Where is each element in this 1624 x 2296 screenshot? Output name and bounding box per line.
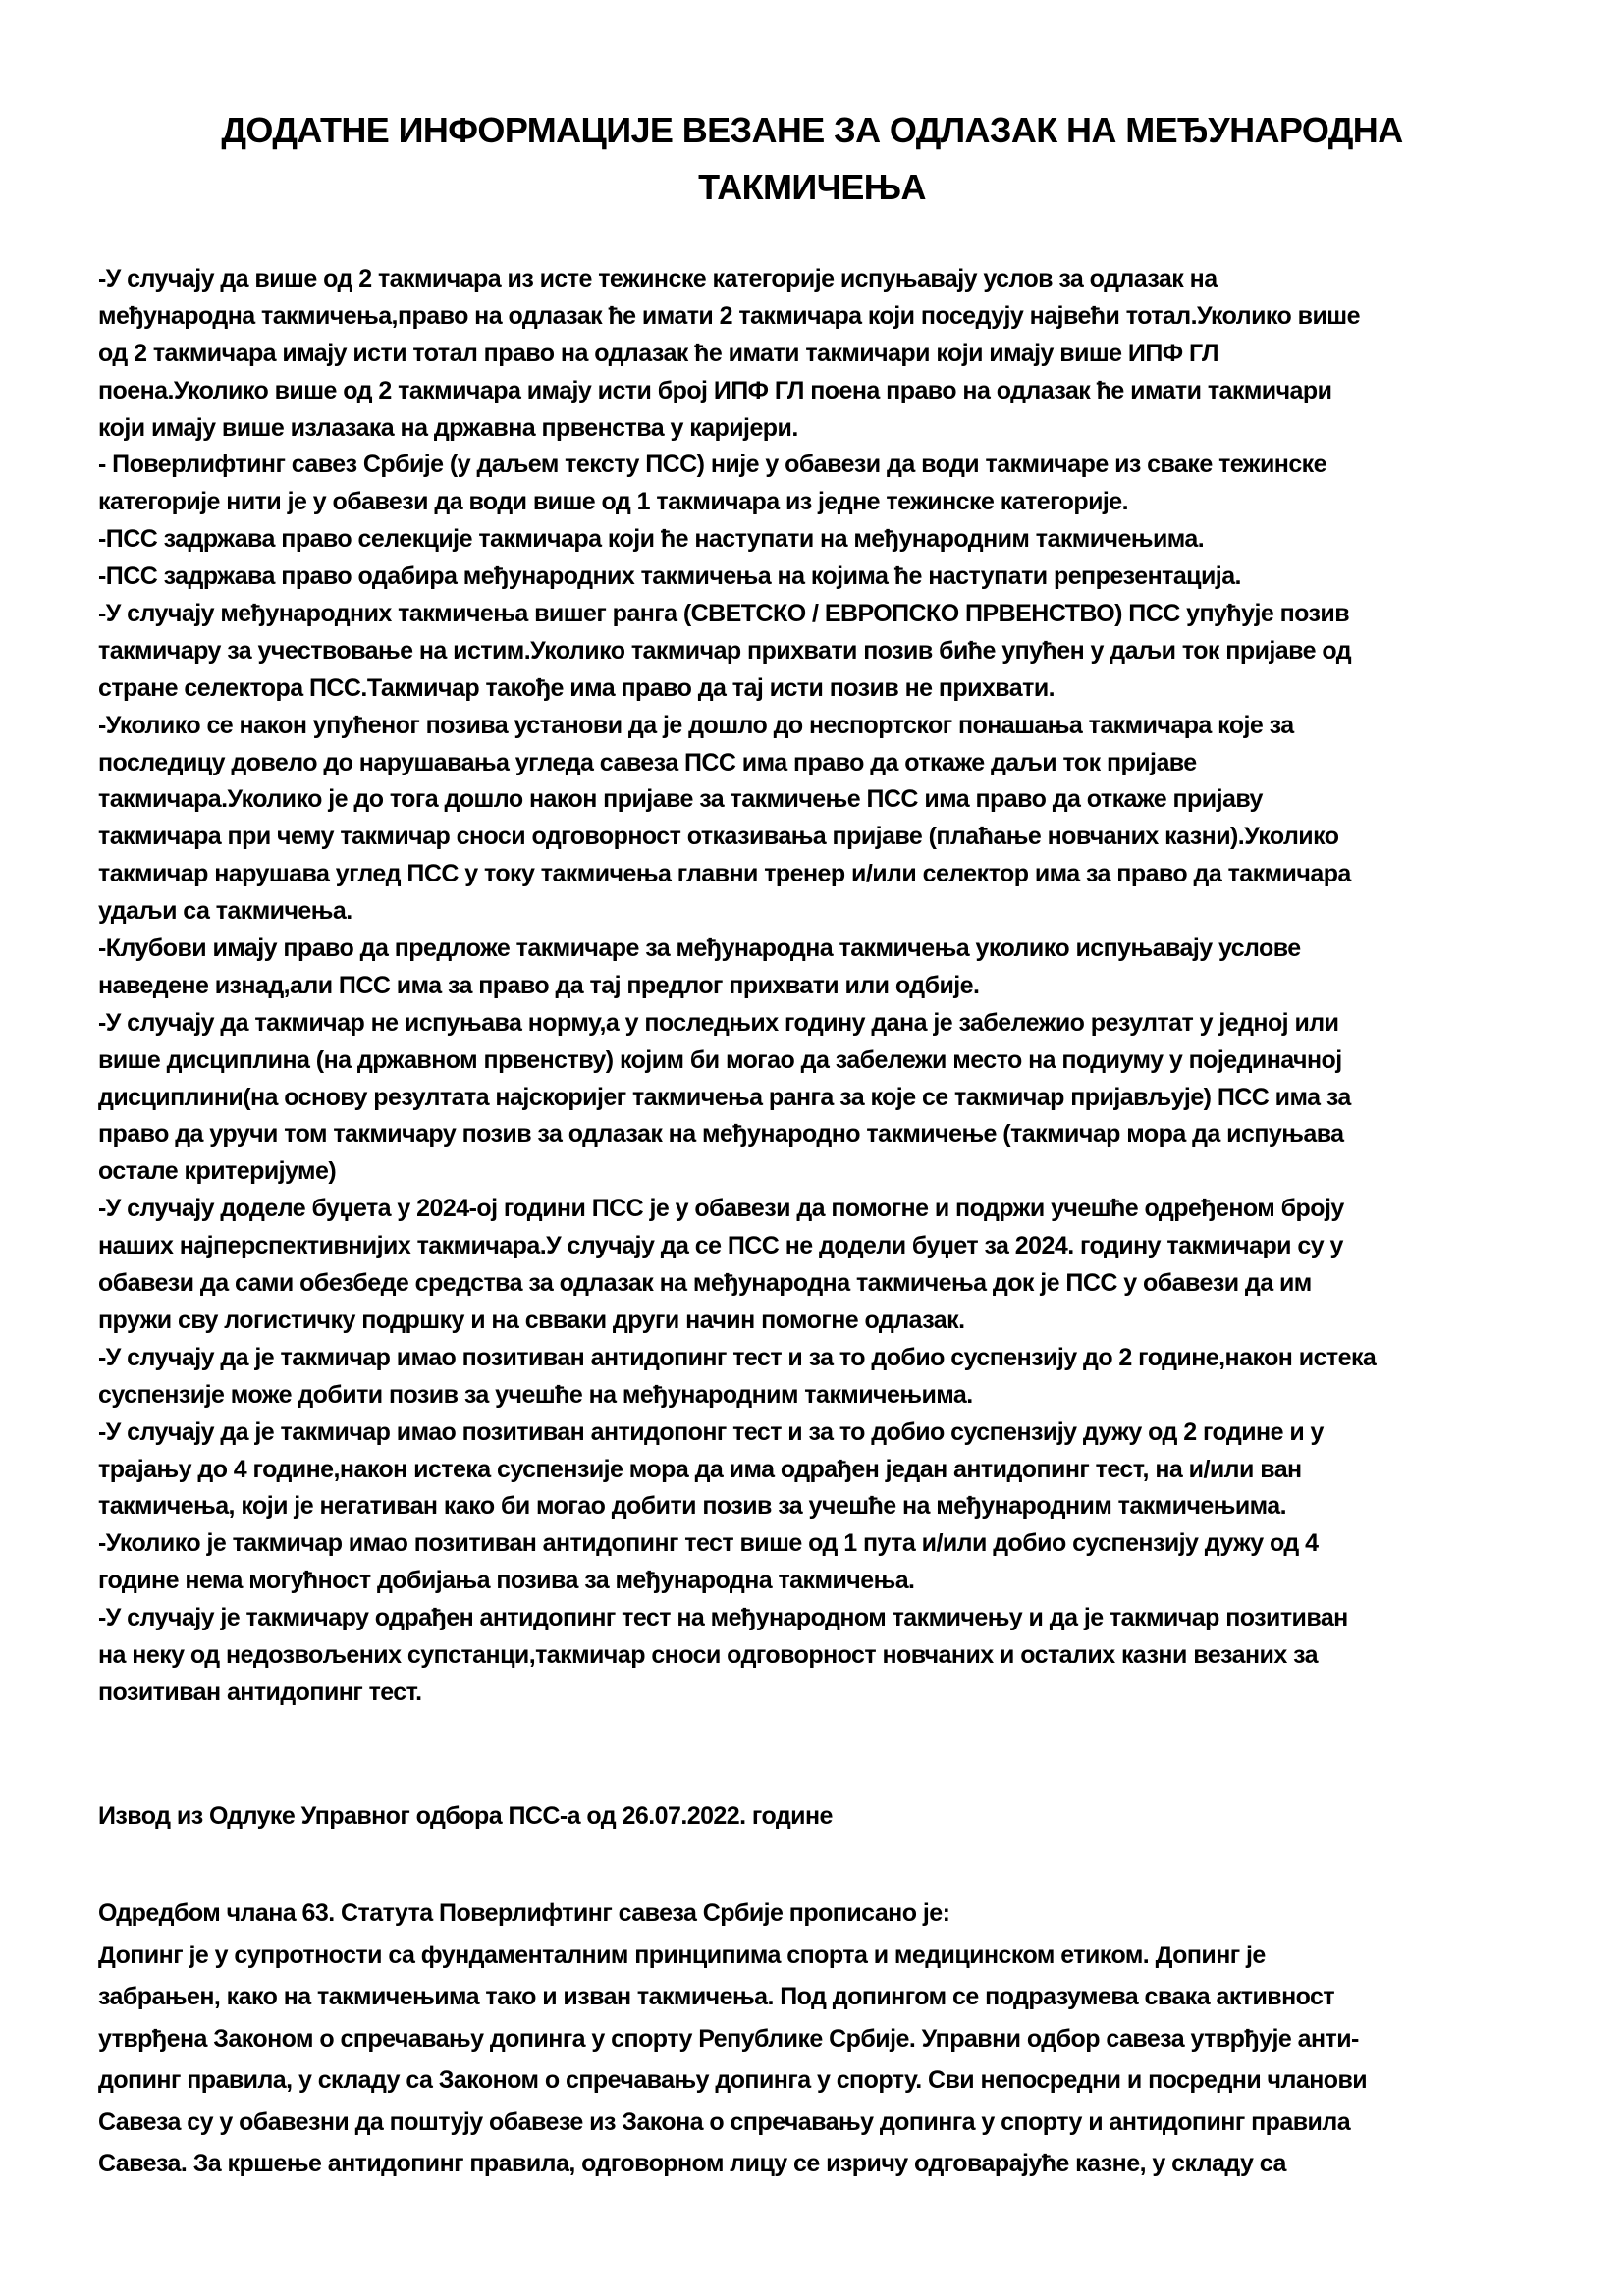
- rule-text-line: на неку од недозвољених супстанци,такмич…: [98, 1637, 1551, 1675]
- statute-text-line: забрањен, како на такмичењима тако и изв…: [98, 1976, 1551, 2018]
- statute-text-line: допинг правила, у складу са Законом о сп…: [98, 2059, 1551, 2102]
- rule-text-line: наших најперспективнијих такмичара.У слу…: [98, 1228, 1551, 1265]
- statute-text-line: Савеза. За кршење антидопинг правила, од…: [98, 2143, 1551, 2185]
- rule-text-line: -У случају да је такмичар имао позитиван…: [98, 1340, 1551, 1377]
- rule-text-line: -Уколико се након упућеног позива устано…: [98, 708, 1551, 745]
- rule-text-line: суспензије може добити позив за учешће н…: [98, 1377, 1551, 1415]
- rule-text-line: остале критеријуме): [98, 1153, 1551, 1191]
- rule-text-line: који имају више излазака на државна прве…: [98, 410, 1551, 448]
- rule-text-line: -ПСС задржава право одабира међународних…: [98, 559, 1551, 596]
- document-page: ДОДАТНЕ ИНФОРМАЦИЈЕ ВЕЗАНЕ ЗА ОДЛАЗАК НА…: [0, 0, 1624, 2296]
- rule-text-line: -Уколико је такмичар имао позитиван анти…: [98, 1525, 1551, 1563]
- rule-text-line: последицу довело до нарушавања угледа са…: [98, 745, 1551, 782]
- document-title: ДОДАТНЕ ИНФОРМАЦИЈЕ ВЕЗАНЕ ЗА ОДЛАЗАК НА…: [118, 102, 1506, 216]
- rule-text-line: од 2 такмичара имају исти тотал право на…: [98, 336, 1551, 373]
- rule-text-line: право да уручи том такмичару позив за од…: [98, 1116, 1551, 1153]
- rule-text-line: такмичења, који је негативан како би мог…: [98, 1488, 1551, 1525]
- rule-text-line: такмичару за учествовање на истим.Уколик…: [98, 633, 1551, 670]
- rule-text-line: -У случају да више од 2 такмичара из ист…: [98, 261, 1551, 298]
- rule-text-line: -У случају да такмичар не испуњава норму…: [98, 1005, 1551, 1042]
- rule-text-line: више дисциплина (на државном првенству) …: [98, 1042, 1551, 1080]
- rule-text-line: категорије нити је у обавези да води виш…: [98, 484, 1551, 521]
- statute-section: Одредбом члана 63. Статута Поверлифтинг …: [98, 1893, 1551, 2185]
- rule-text-line: такмичара.Уколико је до тога дошло након…: [98, 781, 1551, 819]
- rule-text-line: трајању до 4 године,након истека суспенз…: [98, 1452, 1551, 1489]
- rule-text-line: -У случају доделе буџета у 2024-ој годин…: [98, 1191, 1551, 1228]
- rule-text-line: удаљи са такмичења.: [98, 893, 1551, 931]
- extract-heading: Извод из Одлуке Управног одбора ПСС-а од…: [98, 1798, 833, 1834]
- statute-text-line: Одредбом члана 63. Статута Поверлифтинг …: [98, 1893, 1551, 1935]
- rule-text-line: обавези да сами обезбеде средства за одл…: [98, 1265, 1551, 1303]
- rule-text-line: -Клубови имају право да предложе такмича…: [98, 931, 1551, 968]
- rule-text-line: - Поверлифтинг савез Србије (у даљем тек…: [98, 447, 1551, 484]
- rule-text-line: такмичар нарушава углед ПСС у току такми…: [98, 856, 1551, 893]
- rule-text-line: -У случају да је такмичар имао позитиван…: [98, 1415, 1551, 1452]
- rule-text-line: стране селектора ПСС.Такмичар такође има…: [98, 670, 1551, 708]
- rule-text-line: поена.Уколико више од 2 такмичара имају …: [98, 373, 1551, 410]
- rule-text-line: наведене изнад,али ПСС има за право да т…: [98, 968, 1551, 1005]
- title-line: ТАКМИЧЕЊА: [118, 159, 1506, 216]
- rule-text-line: -У случају је такмичару одрађен антидопи…: [98, 1600, 1551, 1637]
- rule-text-line: године нема могућност добијања позива за…: [98, 1563, 1551, 1600]
- rule-text-line: међународна такмичења,право на одлазак ћ…: [98, 298, 1551, 336]
- rule-text-line: -ПСС задржава право селекције такмичара …: [98, 521, 1551, 559]
- statute-text-line: Савеза су у обавезни да поштују обавезе …: [98, 2102, 1551, 2144]
- rule-text-line: -У случају међународних такмичења вишег …: [98, 596, 1551, 633]
- rules-section: -У случају да више од 2 такмичара из ист…: [98, 261, 1551, 1712]
- statute-text-line: утврђена Законом о спречавању допинга у …: [98, 2018, 1551, 2060]
- rule-text-line: такмичара при чему такмичар сноси одгово…: [98, 819, 1551, 856]
- rule-text-line: дисциплини(на основу резултата најскориј…: [98, 1080, 1551, 1117]
- title-line: ДОДАТНЕ ИНФОРМАЦИЈЕ ВЕЗАНЕ ЗА ОДЛАЗАК НА…: [118, 102, 1506, 159]
- statute-text-line: Допинг је у супротности са фундаментални…: [98, 1935, 1551, 1977]
- rule-text-line: позитиван антидопинг тест.: [98, 1675, 1551, 1712]
- rule-text-line: пружи сву логистичку подршку и на свваки…: [98, 1303, 1551, 1340]
